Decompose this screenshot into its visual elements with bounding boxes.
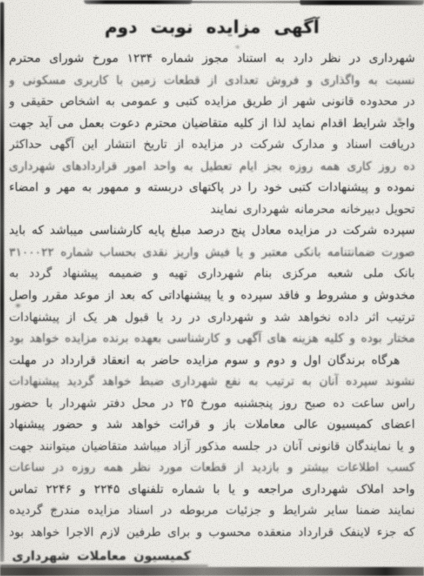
text-line: اعضای کمیسیون عالی معاملات باز و قرائت خ… [9, 414, 415, 436]
text-line: نسبت به واگذاری و فروش تعدادی از قطعات ز… [9, 70, 415, 92]
text-line: که جزء لاینفک قرارداد منعقده محسوب و برا… [9, 522, 415, 544]
text-line: واحد املاک شهرداری مراجعه و یا با شماره … [9, 479, 415, 501]
text-line: تحویل دبیرخانه محرمانه شهرداری نمایند [9, 199, 415, 221]
text-line: کسب اطلاعات بیشتر و بازدید از قطعات مورد… [9, 457, 415, 479]
text-line: راس ساعت ده صبح روز پنجشنبه مورخ ۲۵ در م… [9, 393, 415, 415]
text-line: ده روز کاری همه روزه بجز ایام تعطیل به و… [9, 156, 415, 178]
text-line: هرگاه برندگان اول و دوم و سوم مزایده حاض… [9, 350, 415, 372]
scan-speck [52, 508, 56, 511]
text-line: بانک ملی شعبه مرکزی بنام شهرداری تهیه و … [9, 263, 415, 285]
text-line: و یا نمایندگان قانونی آنان در جلسه مذکور… [9, 436, 415, 458]
text-line: دریافت اسناد و مدارک شرکت در مزایده از ت… [9, 134, 415, 156]
document-content: آگهی مزایده نوبت دوم شهرداری در نظر دارد… [0, 0, 424, 576]
text-line: نمایند ضمنا سایر شرایط و جزئیات مربوطه د… [9, 500, 415, 522]
paragraph: شهرداری در نظر دارد به استناد مجوز شماره… [9, 48, 415, 220]
scan-speck [398, 118, 401, 121]
text-line: ترتیب اثر داده نخواهد شد و شهرداری در رد… [9, 307, 415, 329]
text-line: مختار بوده و کلیه هزینه های آگهی و کارشن… [9, 328, 415, 350]
document-title: آگهی مزایده نوبت دوم [9, 13, 415, 48]
text-line: واجد شرایط اقدام نماید لذا از کلیه متقاض… [9, 113, 415, 135]
text-line: نشوند سپرده آنان به ترتیب به نفع شهرداری… [9, 371, 415, 393]
scan-speck [236, 46, 239, 48]
scan-speck [16, 304, 20, 307]
paragraph: هرگاه برندگان اول و دوم و سوم مزایده حاض… [9, 350, 415, 544]
text-line: سپرده شرکت در مزایده معادل پنج درصد مبلغ… [9, 220, 415, 242]
text-line: شهرداری در نظر دارد به استناد مجوز شماره… [9, 48, 415, 70]
document-body: شهرداری در نظر دارد به استناد مجوز شماره… [9, 48, 415, 544]
text-line: در محدوده قانونی شهر از طریق مزایده کتبی… [9, 91, 415, 113]
scan-artifact-bottom-edge [0, 567, 424, 576]
paragraph: سپرده شرکت در مزایده معادل پنج درصد مبلغ… [9, 220, 415, 349]
scanned-document-page: آگهی مزایده نوبت دوم شهرداری در نظر دارد… [0, 0, 424, 576]
text-line: نموده و پیشنهادات کتبی خود را در پاکتهای… [9, 177, 415, 199]
text-line: صورت ضمانتنامه بانکی معتبر و یا فیش واری… [9, 242, 415, 264]
text-line: مخدوش و مشروط و فاقد سپرده و یا پیشنهادا… [9, 285, 415, 307]
signature-line: کمیسیون معاملات شهرداری [12, 548, 191, 563]
